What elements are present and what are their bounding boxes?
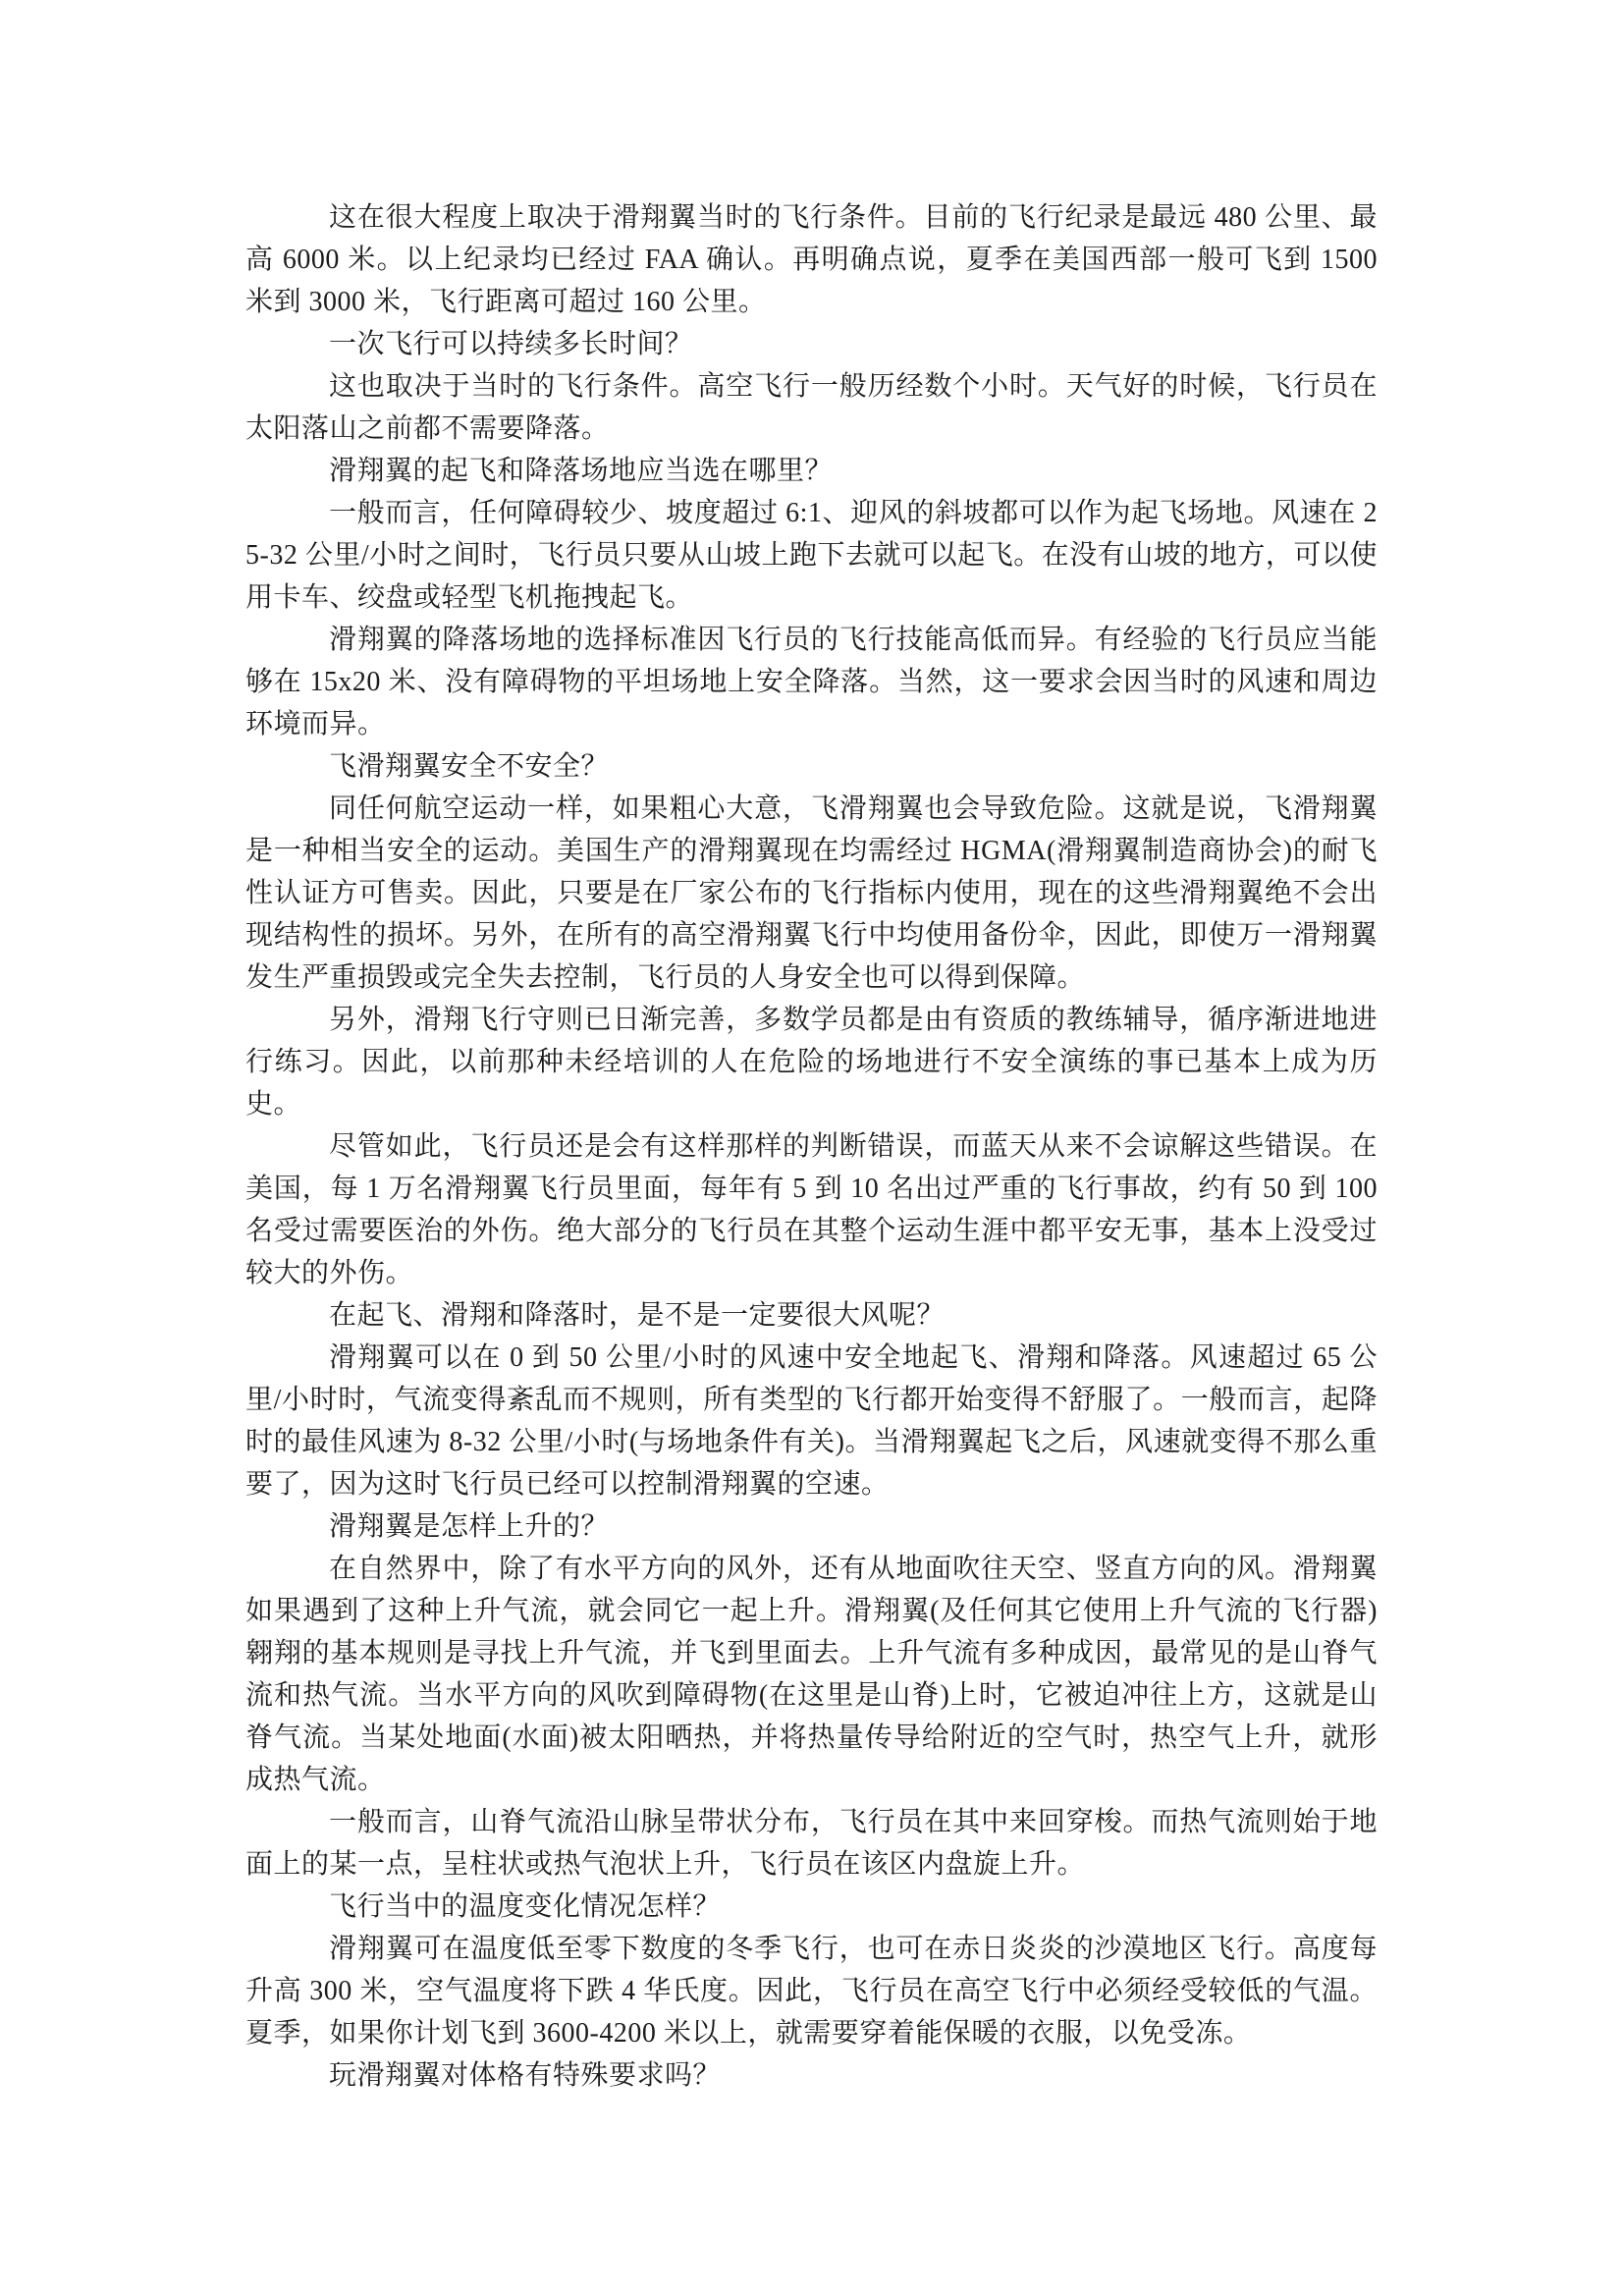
question-paragraph: 玩滑翔翼对体格有特殊要求吗？ (245, 2054, 1378, 2097)
question-paragraph: 滑翔翼是怎样上升的？ (245, 1505, 1378, 1548)
body-paragraph: 滑翔翼可在温度低至零下数度的冬季飞行，也可在赤日炎炎的沙漠地区飞行。高度每升高 … (245, 1928, 1378, 2054)
document-page: 这在很大程度上取决于滑翔翼当时的飞行条件。目前的飞行纪录是最远 480 公里、最… (0, 0, 1623, 2296)
body-paragraph: 另外，滑翔飞行守则已日渐完善，多数学员都是由有资质的教练辅导，循序渐进地进行练习… (245, 999, 1378, 1125)
body-paragraph: 尽管如此，飞行员还是会有这样那样的判断错误，而蓝天从来不会谅解这些错误。在美国，… (245, 1125, 1378, 1294)
body-paragraph: 一般而言，任何障碍较少、坡度超过 6:1、迎风的斜坡都可以作为起飞场地。风速在 … (245, 492, 1378, 619)
body-paragraph: 滑翔翼可以在 0 到 50 公里/小时的风速中安全地起飞、滑翔和降落。风速超过 … (245, 1337, 1378, 1505)
question-paragraph: 一次飞行可以持续多长时间？ (245, 323, 1378, 365)
question-paragraph: 滑翔翼的起飞和降落场地应当选在哪里？ (245, 450, 1378, 492)
question-paragraph: 在起飞、滑翔和降落时，是不是一定要很大风呢？ (245, 1294, 1378, 1337)
question-paragraph: 飞滑翔翼安全不安全？ (245, 745, 1378, 788)
body-paragraph: 这也取决于当时的飞行条件。高空飞行一般历经数个小时。天气好的时候，飞行员在太阳落… (245, 365, 1378, 450)
body-paragraph: 在自然界中，除了有水平方向的风外，还有从地面吹往天空、竖直方向的风。滑翔翼如果遇… (245, 1548, 1378, 1801)
question-paragraph: 飞行当中的温度变化情况怎样？ (245, 1886, 1378, 1928)
body-paragraph: 同任何航空运动一样，如果粗心大意，飞滑翔翼也会导致危险。这就是说，飞滑翔翼是一种… (245, 788, 1378, 999)
body-paragraph: 滑翔翼的降落场地的选择标准因飞行员的飞行技能高低而异。有经验的飞行员应当能够在 … (245, 619, 1378, 745)
body-paragraph: 这在很大程度上取决于滑翔翼当时的飞行条件。目前的飞行纪录是最远 480 公里、最… (245, 196, 1378, 323)
body-paragraph: 一般而言，山脊气流沿山脉呈带状分布，飞行员在其中来回穿梭。而热气流则始于地面上的… (245, 1801, 1378, 1886)
